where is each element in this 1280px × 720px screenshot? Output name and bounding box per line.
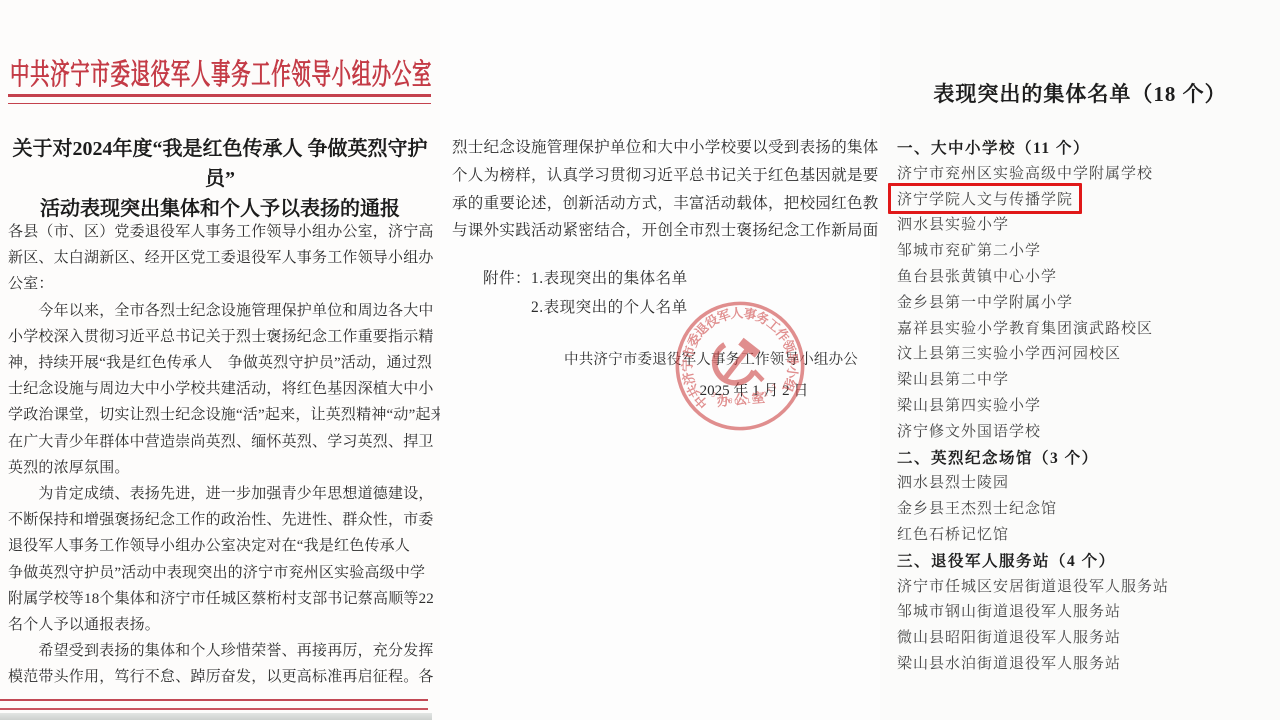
list-item: 红色石桥记忆馆 (897, 523, 1277, 549)
agency-header: 中共济宁市委退役军人事务工作领导小组办公室 (10, 52, 439, 93)
list-item: 梁山县水泊街道退役军人服务站 (897, 652, 1277, 678)
list-item: 鱼台县张黄镇中心小学 (897, 265, 1277, 291)
list-item: 微山县昭阳街道退役军人服务站 (897, 626, 1277, 652)
list-item: 嘉祥县实验小学教育集团演武路校区 (897, 317, 1277, 343)
issuing-authority: 中共济宁市委退役军人事务工作领导小组办公 (564, 348, 858, 369)
header-double-rule (8, 94, 431, 104)
attachments-list: 附件：1.表现突出的集体名单 2.表现突出的个人名单 (483, 265, 688, 322)
document-page-1: 中共济宁市委退役军人事务工作领导小组办公室 关于对2024年度“我是红色传承人 … (0, 0, 440, 720)
section-heading-memorials: 二、英烈纪念场馆（3 个） (897, 446, 1277, 472)
attachment-list-page: 表现突出的集体名单（18 个） 一、大中小学校（11 个） 济宁市兖州区实验高级… (880, 0, 1280, 720)
list-item: 金乡县王杰烈士纪念馆 (897, 497, 1277, 523)
scanned-document-composite: 中共济宁市委退役军人事务工作领导小组办公室 关于对2024年度“我是红色传承人 … (0, 0, 1280, 720)
document-body-continued: 烈士纪念设施管理保护单位和大中小学校要以受到表扬的集体 个人为榜样，认真学习贯彻… (452, 134, 894, 245)
list-item: 邹城市钢山街道退役军人服务站 (897, 600, 1277, 626)
list-title: 表现突出的集体名单（18 个） (880, 78, 1280, 108)
list-item: 济宁市任城区安居街道退役军人服务站 (897, 575, 1277, 601)
list-item: 济宁修文外国语学校 (897, 420, 1277, 446)
document-title: 关于对2024年度“我是红色传承人 争做英烈守护员” 活动表现突出集体和个人予以… (0, 134, 440, 224)
document-title-line1: 关于对2024年度“我是红色传承人 争做英烈守护员” (0, 134, 440, 194)
list-item: 汶上县第三实验小学西河园校区 (897, 342, 1277, 368)
section-heading-schools: 一、大中小学校（11 个） (897, 136, 1277, 162)
document-body: 各县（市、区）党委退役军人事务工作领导小组办公室，济宁高 新区、太白湖新区、经开… (8, 219, 461, 691)
document-page-2: 烈士纪念设施管理保护单位和大中小学校要以受到表扬的集体 个人为榜样，认真学习贯彻… (440, 0, 880, 720)
footer-double-rule (0, 699, 428, 710)
issue-date: 2025 年 1 月 2 日 (654, 379, 854, 400)
list-item: 金乡县第一中学附属小学 (897, 291, 1277, 317)
list-column: 一、大中小学校（11 个） 济宁市兖州区实验高级中学附属学校 济宁学院人文与传播… (897, 136, 1277, 678)
section-heading-service-stations: 三、退役军人服务站（4 个） (897, 549, 1277, 575)
list-item: 邹城市兖矿第二小学 (897, 239, 1277, 265)
list-item: 梁山县第二中学 (897, 368, 1277, 394)
page-bottom-edge (0, 713, 432, 720)
list-item: 梁山县第四实验小学 (897, 394, 1277, 420)
list-item: 泗水县实验小学 (897, 213, 1277, 239)
highlight-box (888, 183, 1082, 214)
list-item: 泗水县烈士陵园 (897, 471, 1277, 497)
